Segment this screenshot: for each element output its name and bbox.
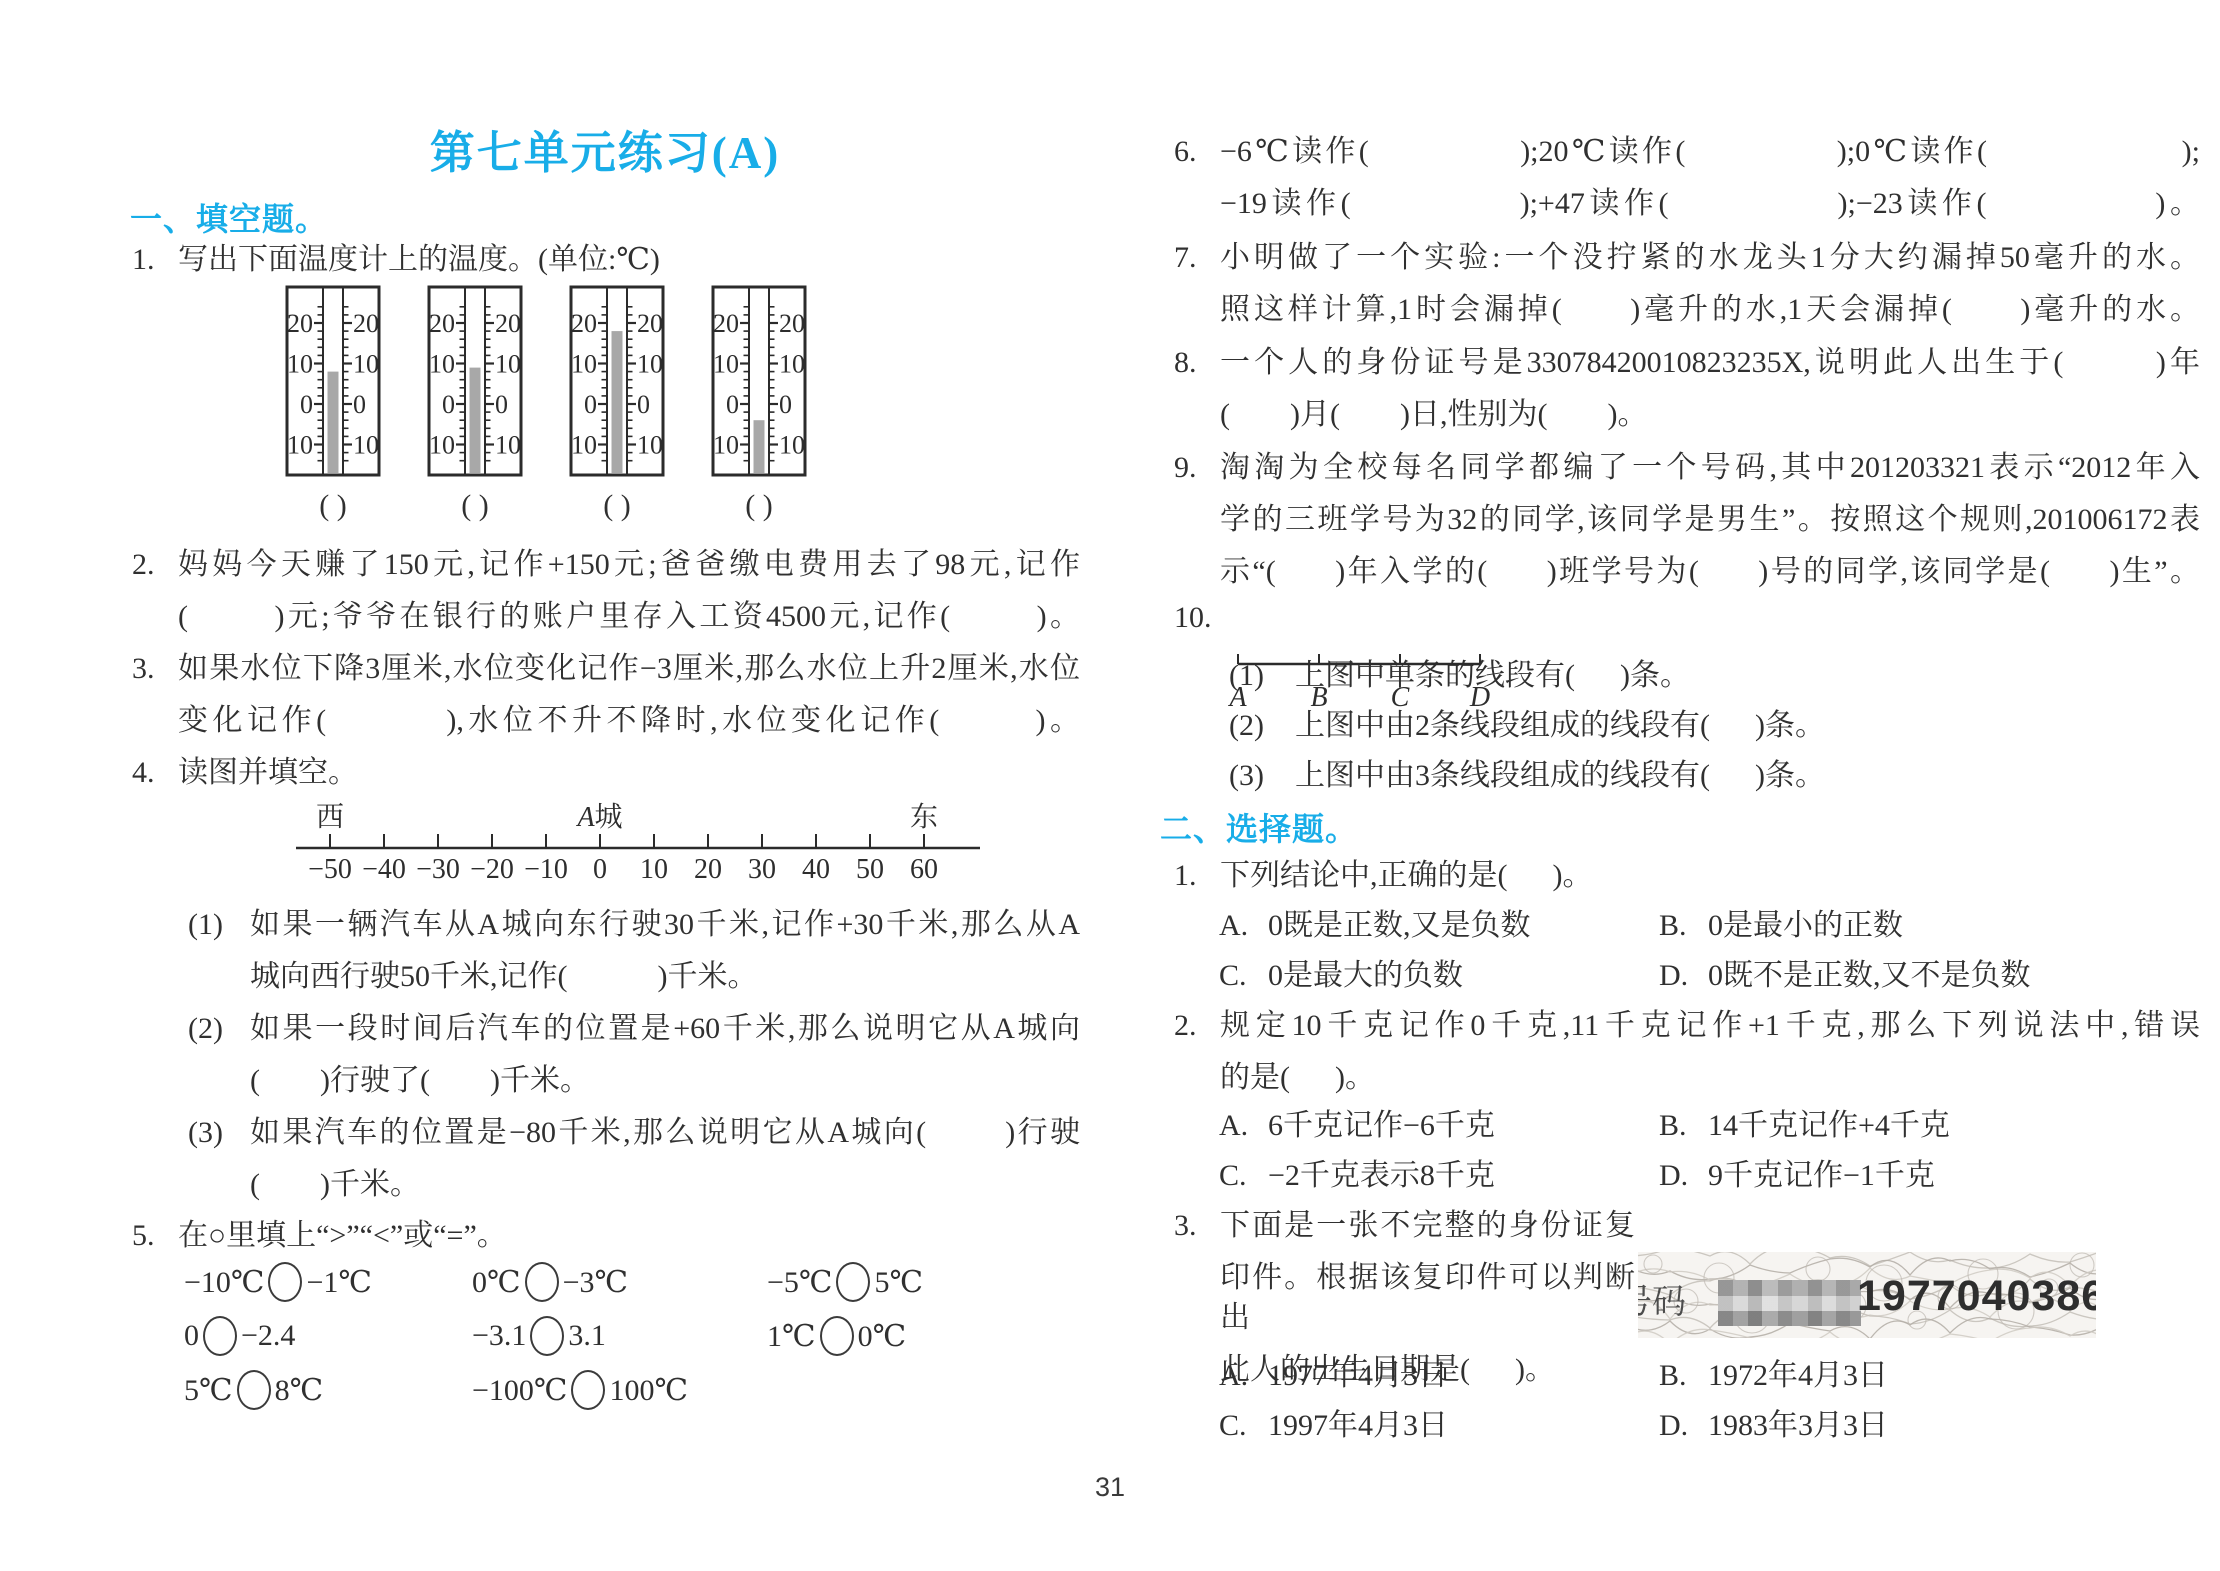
question-number: (3) <box>188 1113 250 1153</box>
option-item: A.1977年4月3日 <box>1219 1356 1659 1396</box>
comparison-right: 3.1 <box>568 1319 606 1353</box>
svg-text:0: 0 <box>442 390 455 419</box>
question-line: 的是( )。 <box>1220 1058 2200 1098</box>
svg-text:−10: −10 <box>524 854 568 885</box>
thermometer: 20201010001010 <box>569 285 665 477</box>
svg-text:0: 0 <box>637 390 650 419</box>
question: 5.在○里填上“>”“<”或“=”。 <box>130 1216 1080 1268</box>
svg-text:东: 东 <box>910 801 938 833</box>
question-number: 10. <box>1174 598 1220 638</box>
option-text: 14千克记作+4千克 <box>1708 1106 1950 1146</box>
svg-text:D: D <box>1469 682 1490 713</box>
option-item: A.0既是正数,又是负数 <box>1219 906 1659 946</box>
question-line: −6℃读作( );20℃读作( );0℃读作( ); <box>1220 132 2200 172</box>
svg-text:10: 10 <box>287 431 313 460</box>
answer-blank: ( ) <box>285 487 381 525</box>
svg-text:0: 0 <box>584 390 597 419</box>
option-label: B. <box>1659 906 1708 946</box>
question-line: 照这样计算,1时会漏掉( )毫升的水,1天会漏掉( )毫升的水。 <box>1220 290 2200 330</box>
svg-text:10: 10 <box>713 431 739 460</box>
svg-text:10: 10 <box>779 350 805 379</box>
option-text: 1972年4月3日 <box>1708 1356 1888 1396</box>
question-number: 3. <box>1174 1206 1220 1246</box>
option-item: D.9千克记作−1千克 <box>1659 1156 2200 1196</box>
comparison-left: −5℃ <box>767 1265 832 1300</box>
option-text: 1983年3月3日 <box>1708 1406 1888 1446</box>
question-number: 6. <box>1174 132 1220 172</box>
answer-circle <box>530 1316 564 1356</box>
question-number: (3) <box>1229 756 1295 796</box>
comparison-item: −5℃5℃ <box>767 1262 1080 1302</box>
comparison-item: 5℃8℃ <box>184 1370 472 1410</box>
svg-text:10: 10 <box>287 350 313 379</box>
option-text: 0既是正数,又是负数 <box>1268 906 1531 946</box>
question: 6.−6℃读作( );20℃读作( );0℃读作( );−19读作( );+47… <box>1160 132 2200 236</box>
svg-text:10: 10 <box>353 350 379 379</box>
svg-text:0: 0 <box>495 390 508 419</box>
comparison-left: 1℃ <box>767 1319 816 1354</box>
comparison-right: 8℃ <box>275 1373 324 1408</box>
svg-text:10: 10 <box>495 431 521 460</box>
question-line: 下面是一张不完整的身份证复 <box>1220 1206 1635 1246</box>
thermometer: 20201010001010 <box>427 285 523 477</box>
question-line: 城向西行驶50千米,记作( )千米。 <box>250 957 1080 997</box>
segment-diagram: ABCD <box>1220 650 1500 714</box>
comparison-right: −1℃ <box>306 1265 371 1300</box>
question-number: (1) <box>188 905 250 945</box>
svg-text:10: 10 <box>779 431 805 460</box>
comparison-item: 0℃−3℃ <box>472 1262 767 1302</box>
comparison-row: −10℃−1℃0℃−3℃−5℃5℃ <box>130 1262 1080 1302</box>
answer-circle <box>836 1262 870 1302</box>
answer-circle <box>237 1370 271 1410</box>
svg-text:0: 0 <box>300 390 313 419</box>
question: 7.小明做了一个实验:一个没拧紧的水龙头1分大约漏掉50毫升的水。照这样计算,1… <box>1160 238 2200 342</box>
svg-text:20: 20 <box>694 854 722 885</box>
question-segment: 10.ABCD <box>1160 598 2200 719</box>
option-item: B.1972年4月3日 <box>1659 1356 2200 1396</box>
question: 9.淘淘为全校每名同学都编了一个号码,其中201203321表示“2012年入学… <box>1160 448 2200 604</box>
question: 1.下列结论中,正确的是( )。 <box>1160 856 2200 908</box>
question-sub-item: (1)如果一辆汽车从A城向东行驶30千米,记作+30千米,那么从A城向西行驶50… <box>130 905 1080 1009</box>
option-item: D.0既不是正数,又不是负数 <box>1659 956 2200 996</box>
question-line: 妈妈今天赚了150元,记作+150元;爸爸缴电费用去了98元,记作 <box>178 545 1080 585</box>
svg-text:10: 10 <box>571 350 597 379</box>
question: 2.规定10千克记作0千克,11千克记作+1千克,那么下列说法中,错误的是( )… <box>1160 1006 2200 1110</box>
worksheet-page: 第七单元练习(A) 一、填空题。 20201010001010202010100… <box>0 0 2220 1571</box>
question-line: 示“( )年入学的( )班学号为( )号的同学,该同学是( )生”。 <box>1220 552 2200 592</box>
svg-text:20: 20 <box>495 309 521 338</box>
svg-text:−30: −30 <box>416 854 460 885</box>
comparison-right: 5℃ <box>874 1265 923 1300</box>
svg-text:C: C <box>1391 682 1410 713</box>
question-line: 如果汽车的位置是−80千米,那么说明它从A城向( )行驶 <box>250 1113 1080 1153</box>
question-number: 1. <box>1174 856 1220 896</box>
question-number: 5. <box>132 1216 178 1256</box>
comparison-row: 0−2.4−3.13.11℃0℃ <box>130 1316 1080 1356</box>
svg-text:0: 0 <box>779 390 792 419</box>
svg-text:20: 20 <box>713 309 739 338</box>
question: 4.读图并填空。 <box>130 753 1080 805</box>
option-item: D.1983年3月3日 <box>1659 1406 2200 1446</box>
page-number: 31 <box>0 1472 2220 1503</box>
comparison-right: 0℃ <box>858 1319 907 1354</box>
comparison-row: 5℃8℃−100℃100℃ <box>130 1370 1080 1410</box>
comparison-item: 0−2.4 <box>184 1316 472 1356</box>
question-line: ( )月( )日,性别为( )。 <box>1220 395 2200 435</box>
question-number: 2. <box>132 545 178 585</box>
question: 8.一个人的身份证号是33078420010823235X,说明此人出生于( )… <box>1160 343 2200 447</box>
svg-text:10: 10 <box>429 350 455 379</box>
options-grid: A.0既是正数,又是负数B.0是最小的正数C.0是最大的负数D.0既不是正数,又… <box>1160 906 2200 996</box>
comparison-left: 5℃ <box>184 1373 233 1408</box>
question-line: −19读作( );+47读作( );−23读作( )。 <box>1220 184 2200 224</box>
option-text: 0是最小的正数 <box>1708 906 1903 946</box>
answer-blank: ( ) <box>711 487 807 525</box>
svg-text:−20: −20 <box>470 854 514 885</box>
question-number: 7. <box>1174 238 1220 278</box>
comparison-item: −10℃−1℃ <box>184 1262 472 1302</box>
question-line: 如果一辆汽车从A城向东行驶30千米,记作+30千米,那么从A <box>250 905 1080 945</box>
svg-text:20: 20 <box>779 309 805 338</box>
question-line: ( )千米。 <box>250 1165 1080 1205</box>
svg-text:10: 10 <box>571 431 597 460</box>
svg-text:20: 20 <box>637 309 663 338</box>
option-label: D. <box>1659 1406 1708 1446</box>
svg-text:−40: −40 <box>362 854 406 885</box>
option-label: B. <box>1659 1356 1708 1396</box>
options-grid: A.6千克记作−6千克B.14千克记作+4千克C.−2千克表示8千克D.9千克记… <box>1160 1106 2200 1196</box>
option-label: B. <box>1659 1106 1708 1146</box>
section-heading-choice: 二、选择题。 <box>1160 804 1358 850</box>
question-line: 下列结论中,正确的是( )。 <box>1220 856 2200 896</box>
answer-circle <box>525 1262 559 1302</box>
comparison-left: −10℃ <box>184 1265 264 1300</box>
svg-text:A: A <box>1227 682 1247 713</box>
question-number: 1. <box>132 240 178 280</box>
option-label: C. <box>1219 1406 1268 1446</box>
question-line: 学的三班学号为32的同学,该同学是男生”。按照这个规则,201006172表 <box>1220 500 2200 540</box>
question-line: 读图并填空。 <box>178 753 1080 793</box>
number-line-diagram: −50−40−30−20−100102030405060西A城东 <box>130 796 1080 893</box>
question-line: ( )行驶了( )千米。 <box>250 1061 1080 1101</box>
question-line: 上图中由3条线段组成的线段有( )条。 <box>1295 756 2200 796</box>
svg-text:60: 60 <box>910 854 938 885</box>
question-line: 在○里填上“>”“<”或“=”。 <box>178 1216 1080 1256</box>
question-sub-item: (2)如果一段时间后汽车的位置是+60千米,那么说明它从A城向( )行驶了( )… <box>130 1009 1080 1113</box>
svg-text:0: 0 <box>353 390 366 419</box>
comparison-right: −2.4 <box>241 1319 295 1353</box>
svg-text:A城: A城 <box>575 801 622 833</box>
comparison-grid: −10℃−1℃0℃−3℃−5℃5℃0−2.4−3.13.11℃0℃5℃8℃−10… <box>130 1262 1080 1424</box>
svg-text:0: 0 <box>593 854 607 885</box>
question-line: 印件。根据该复印件可以判断出 <box>1220 1258 1635 1338</box>
question-number: 9. <box>1174 448 1220 488</box>
option-label: D. <box>1659 956 1708 996</box>
answer-circle <box>571 1370 605 1410</box>
svg-text:10: 10 <box>637 350 663 379</box>
question-line: 如果一段时间后汽车的位置是+60千米,那么说明它从A城向 <box>250 1009 1080 1049</box>
question-number: 8. <box>1174 343 1220 383</box>
svg-text:10: 10 <box>640 854 668 885</box>
question-number: 3. <box>132 649 178 689</box>
comparison-right: 100℃ <box>609 1373 688 1408</box>
svg-text:20: 20 <box>571 309 597 338</box>
question-line: 如果水位下降3厘米,水位变化记作−3厘米,那么水位上升2厘米,水位 <box>178 649 1080 689</box>
svg-text:10: 10 <box>353 431 379 460</box>
comparison-right: −3℃ <box>563 1265 628 1300</box>
question-line: 变化记作( ),水位不升不降时,水位变化记作( )。 <box>178 701 1080 741</box>
comparison-item: 1℃0℃ <box>767 1316 1080 1356</box>
comparison-left: 0 <box>184 1319 199 1353</box>
option-label: A. <box>1219 906 1268 946</box>
option-text: −2千克表示8千克 <box>1268 1156 1495 1196</box>
svg-text:0: 0 <box>726 390 739 419</box>
option-text: 0既不是正数,又不是负数 <box>1708 956 2031 996</box>
question-number: (2) <box>188 1009 250 1049</box>
option-item: C.1997年4月3日 <box>1219 1406 1659 1446</box>
svg-text:10: 10 <box>713 350 739 379</box>
question-line: 写出下面温度计上的温度。(单位:℃) <box>178 240 1080 280</box>
option-label: C. <box>1219 1156 1268 1196</box>
svg-text:10: 10 <box>429 431 455 460</box>
question-line <box>1220 598 2200 638</box>
svg-text:10: 10 <box>495 350 521 379</box>
svg-text:10: 10 <box>637 431 663 460</box>
option-text: 0是最大的负数 <box>1268 956 1463 996</box>
comparison-left: −3.1 <box>472 1319 526 1353</box>
question-sub-item: (3)如果汽车的位置是−80千米,那么说明它从A城向( )行驶( )千米。 <box>130 1113 1080 1217</box>
option-label: A. <box>1219 1106 1268 1146</box>
svg-text:20: 20 <box>287 309 313 338</box>
svg-text:40: 40 <box>802 854 830 885</box>
option-item: B.14千克记作+4千克 <box>1659 1106 2200 1146</box>
section-heading-fill: 一、填空题。 <box>130 194 328 240</box>
option-label: A. <box>1219 1356 1268 1396</box>
option-item: C.−2千克表示8千克 <box>1219 1156 1659 1196</box>
question: 2.妈妈今天赚了150元,记作+150元;爸爸缴电费用去了98元,记作( )元;… <box>130 545 1080 649</box>
answer-blank: ( ) <box>569 487 665 525</box>
comparison-left: 0℃ <box>472 1265 521 1300</box>
options-grid: A.1977年4月3日B.1972年4月3日C.1997年4月3日D.1983年… <box>1160 1356 2200 1446</box>
option-text: 1997年4月3日 <box>1268 1406 1448 1446</box>
thermometer: 20201010001010 <box>285 285 381 477</box>
svg-text:B: B <box>1310 682 1327 713</box>
option-label: C. <box>1219 956 1268 996</box>
svg-text:50: 50 <box>856 854 884 885</box>
question-sub-item: (3)上图中由3条线段组成的线段有( )条。 <box>1160 756 2200 808</box>
answer-circle <box>203 1316 237 1356</box>
option-text: 6千克记作−6千克 <box>1268 1106 1495 1146</box>
question-line: ( )元;爷爷在银行的账户里存入工资4500元,记作( )。 <box>178 597 1080 637</box>
answer-circle <box>820 1316 854 1356</box>
option-text: 9千克记作−1千克 <box>1708 1156 1935 1196</box>
question-line: 淘淘为全校每名同学都编了一个号码,其中201203321表示“2012年入 <box>1220 448 2200 488</box>
page-title: 第七单元练习(A) <box>130 116 1080 181</box>
answer-blank: ( ) <box>427 487 523 525</box>
question: 1.写出下面温度计上的温度。(单位:℃) <box>130 240 1080 292</box>
comparison-item: −100℃100℃ <box>472 1370 767 1410</box>
comparison-left: −100℃ <box>472 1373 567 1408</box>
comparison-item: −3.13.1 <box>472 1316 767 1356</box>
svg-text:西: 西 <box>316 802 344 833</box>
question-number: 2. <box>1174 1006 1220 1046</box>
svg-text:20: 20 <box>429 309 455 338</box>
option-item: A.6千克记作−6千克 <box>1219 1106 1659 1146</box>
option-label: D. <box>1659 1156 1708 1196</box>
svg-text:20: 20 <box>353 309 379 338</box>
question: 3.如果水位下降3厘米,水位变化记作−3厘米,那么水位上升2厘米,水位变化记作(… <box>130 649 1080 753</box>
question-line: 一个人的身份证号是33078420010823235X,说明此人出生于( )年 <box>1220 343 2200 383</box>
answer-circle <box>268 1262 302 1302</box>
option-item: B.0是最小的正数 <box>1659 906 2200 946</box>
thermometer-diagram: 2020101000101020201010001010202010100010… <box>285 285 807 525</box>
option-item: C.0是最大的负数 <box>1219 956 1659 996</box>
thermometer: 20201010001010 <box>711 285 807 477</box>
svg-text:30: 30 <box>748 854 776 885</box>
question-number: 4. <box>132 753 178 793</box>
option-text: 1977年4月3日 <box>1268 1356 1448 1396</box>
svg-text:−50: −50 <box>308 854 352 885</box>
question-line: 规定10千克记作0千克,11千克记作+1千克,那么下列说法中,错误 <box>1220 1006 2200 1046</box>
question-line: 小明做了一个实验:一个没拧紧的水龙头1分大约漏掉50毫升的水。 <box>1220 238 2200 278</box>
